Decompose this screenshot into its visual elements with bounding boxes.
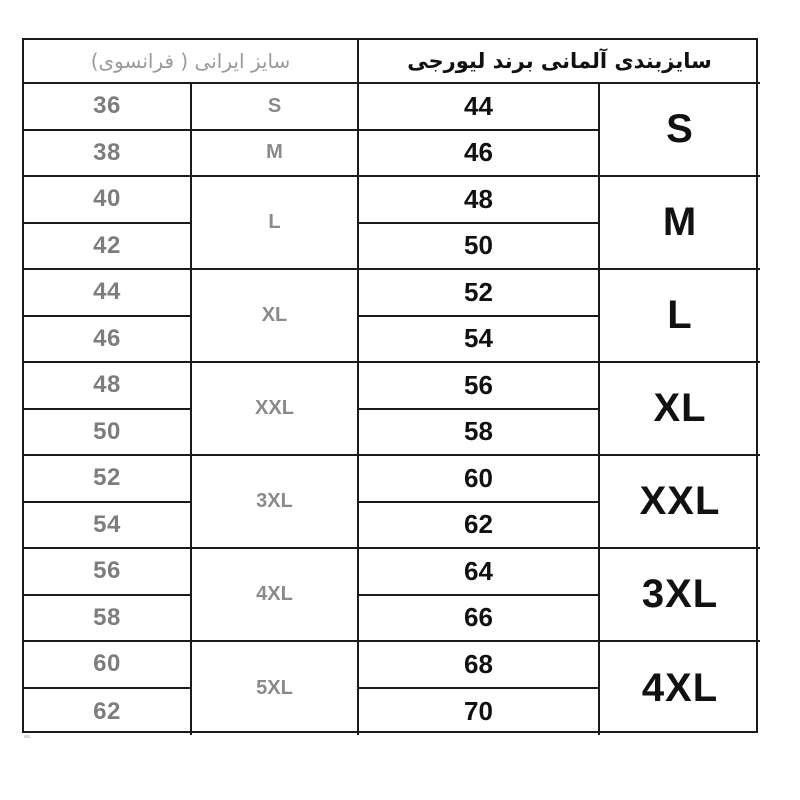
french-size-cell: 52: [24, 456, 192, 503]
brand-size-cell: S: [600, 84, 760, 177]
size-chart-table: سایز ایرانی ( فرانسوی) سایزبندی آلمانی ب…: [22, 38, 758, 733]
german-size-cell: 52: [359, 270, 600, 317]
iranian-size-cell: L: [192, 177, 359, 270]
german-size-cell: 46: [359, 131, 600, 178]
french-size-cell: 38: [24, 131, 192, 178]
french-size-cell: 58: [24, 596, 192, 643]
iranian-size-cell: S: [192, 84, 359, 131]
iranian-size-cell: 5XL: [192, 642, 359, 735]
german-size-cell: 44: [359, 84, 600, 131]
table-shadow: [24, 735, 30, 738]
french-size-cell: 50: [24, 410, 192, 457]
french-size-cell: 44: [24, 270, 192, 317]
iranian-size-cell: XXL: [192, 363, 359, 456]
brand-size-cell: M: [600, 177, 760, 270]
french-size-cell: 56: [24, 549, 192, 596]
german-size-cell: 68: [359, 642, 600, 689]
french-size-cell: 62: [24, 689, 192, 736]
french-size-cell: 54: [24, 503, 192, 550]
brand-size-cell: 3XL: [600, 549, 760, 642]
brand-size-cell: XL: [600, 363, 760, 456]
german-size-cell: 56: [359, 363, 600, 410]
german-size-cell: 64: [359, 549, 600, 596]
iranian-size-cell: M: [192, 131, 359, 178]
header-iranian-french-size: سایز ایرانی ( فرانسوی): [24, 40, 359, 84]
german-size-cell: 70: [359, 689, 600, 736]
german-size-cell: 62: [359, 503, 600, 550]
brand-size-cell: 4XL: [600, 642, 760, 735]
german-size-cell: 54: [359, 317, 600, 364]
french-size-cell: 48: [24, 363, 192, 410]
brand-size-cell: XXL: [600, 456, 760, 549]
german-size-cell: 60: [359, 456, 600, 503]
german-size-cell: 50: [359, 224, 600, 271]
iranian-size-cell: 3XL: [192, 456, 359, 549]
french-size-cell: 60: [24, 642, 192, 689]
header-german-brand-size: سایزبندی آلمانی برند لیورجی: [359, 40, 760, 84]
french-size-cell: 42: [24, 224, 192, 271]
brand-size-cell: L: [600, 270, 760, 363]
french-size-cell: 40: [24, 177, 192, 224]
french-size-cell: 36: [24, 84, 192, 131]
iranian-size-cell: 4XL: [192, 549, 359, 642]
german-size-cell: 66: [359, 596, 600, 643]
iranian-size-cell: XL: [192, 270, 359, 363]
german-size-cell: 58: [359, 410, 600, 457]
german-size-cell: 48: [359, 177, 600, 224]
french-size-cell: 46: [24, 317, 192, 364]
